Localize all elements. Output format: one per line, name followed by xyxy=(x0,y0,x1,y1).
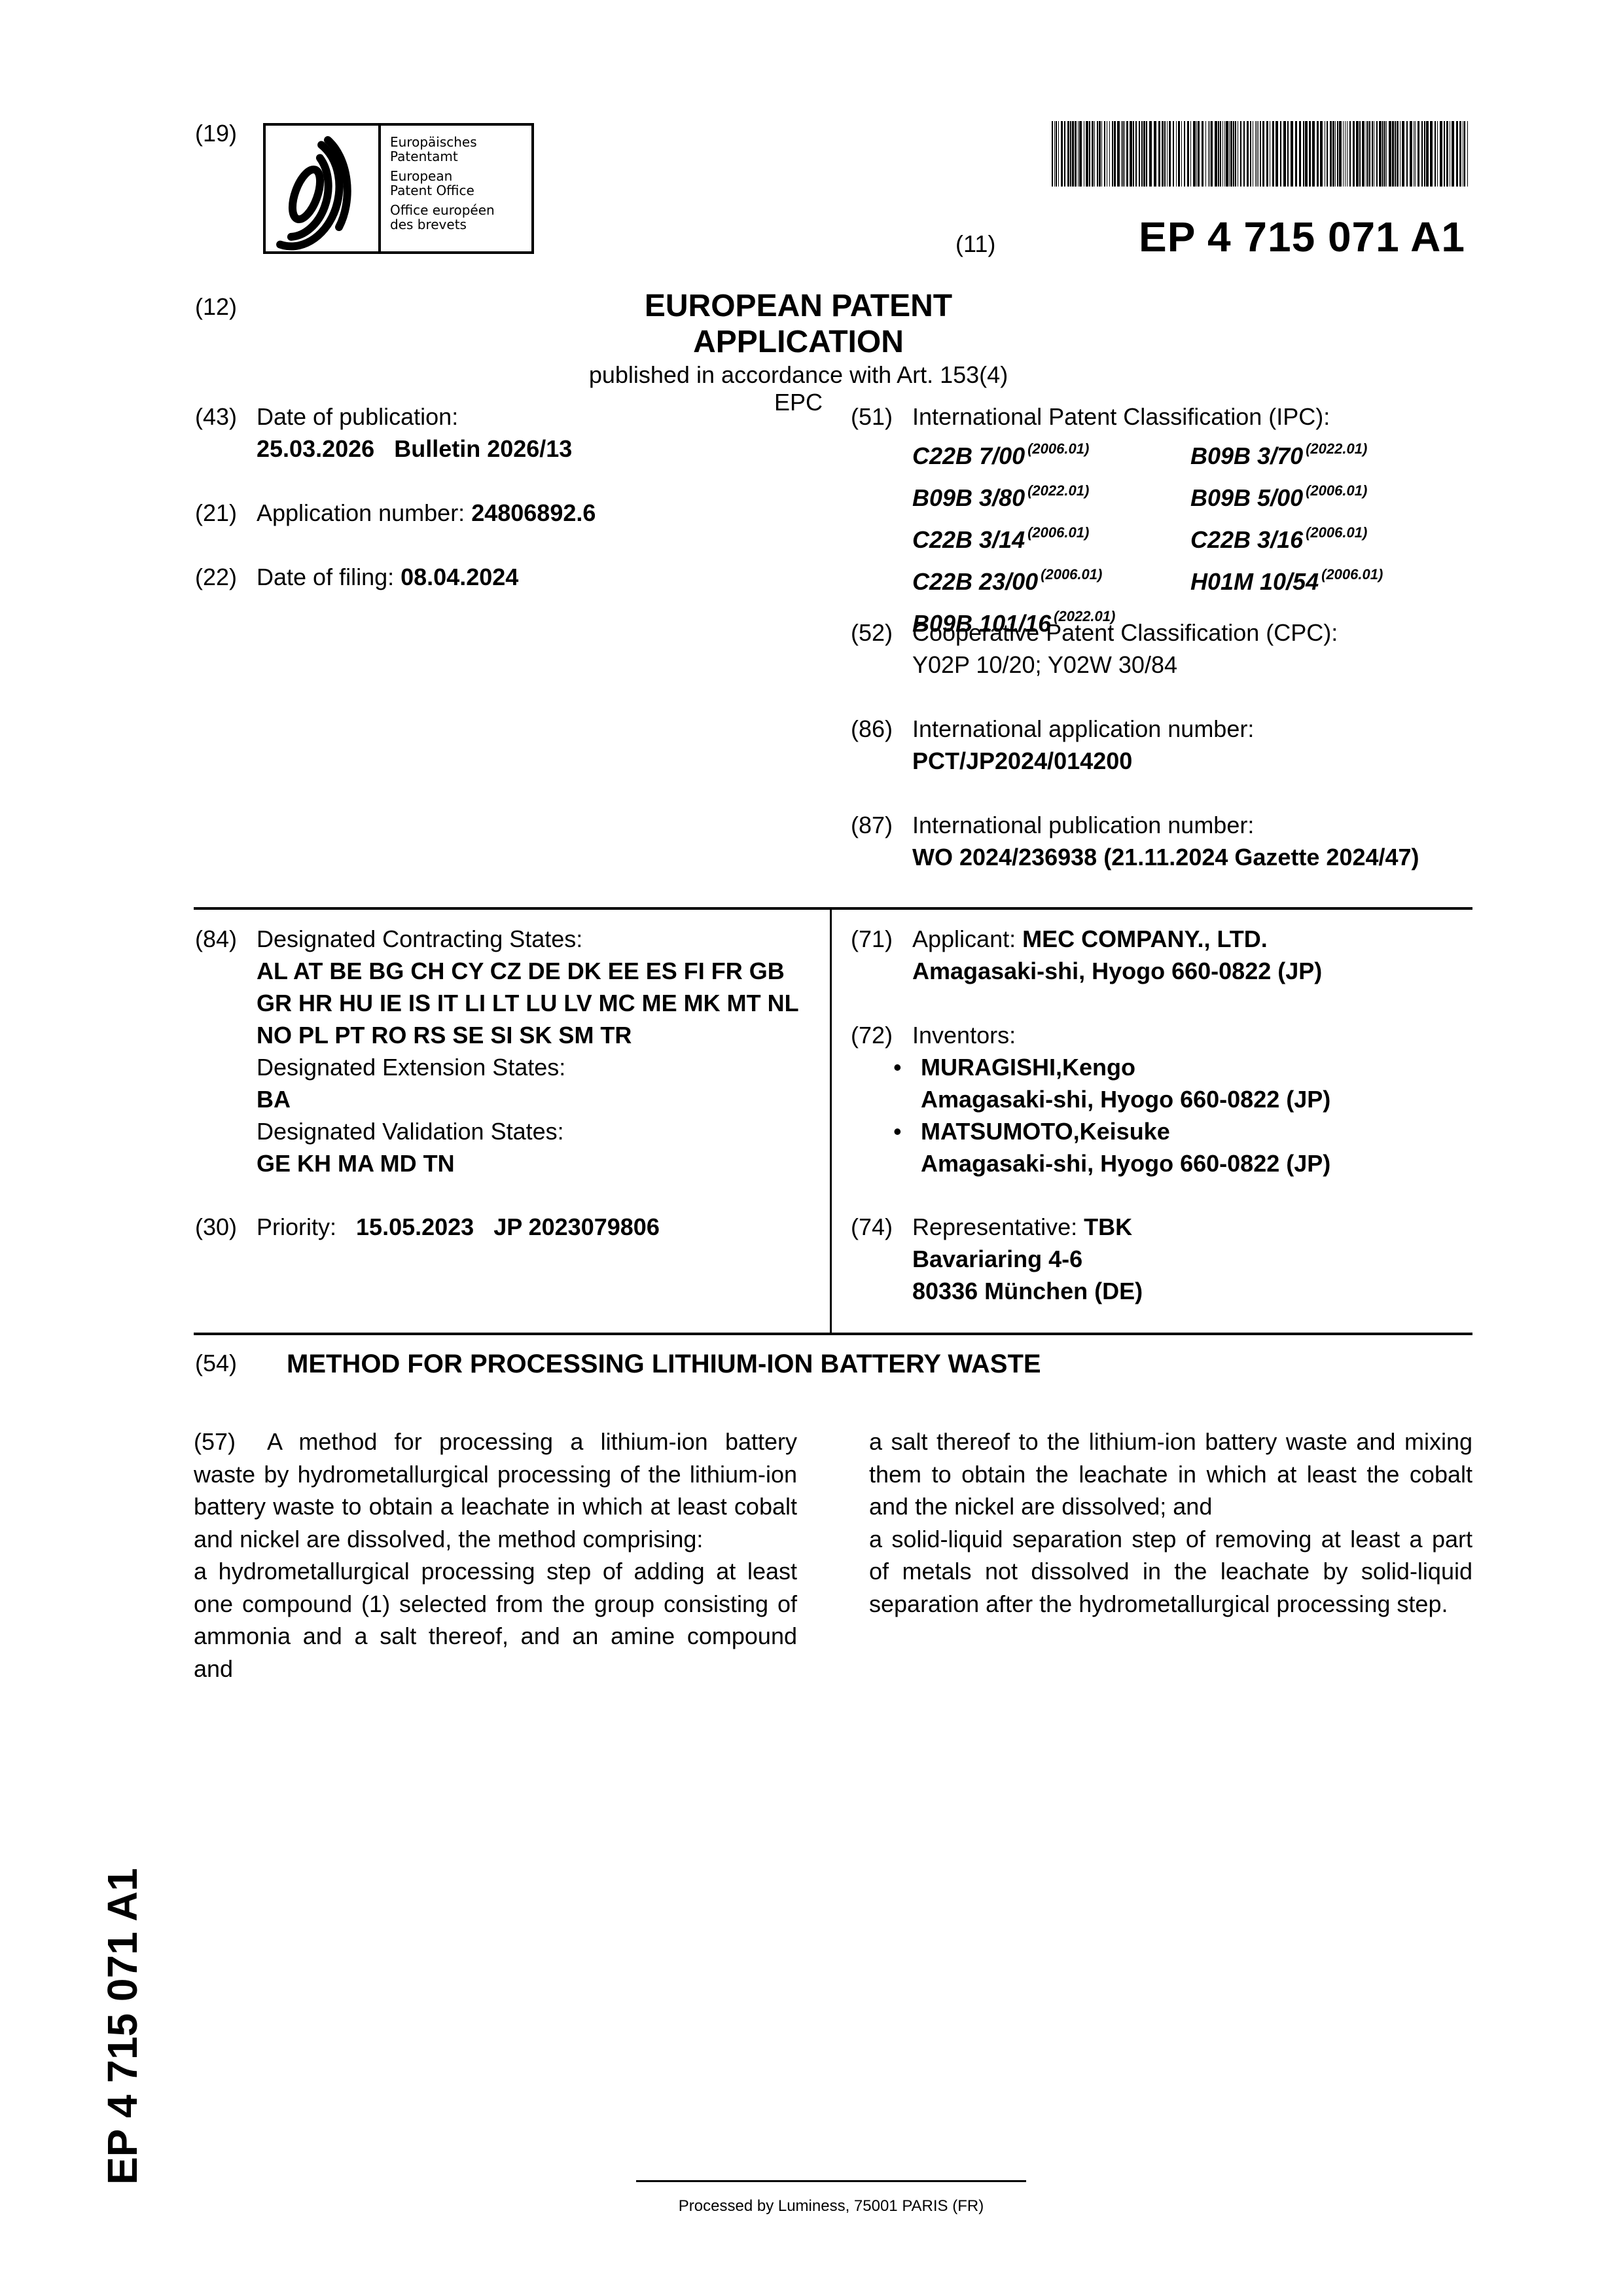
priority-field: (30) Priority: 15.05.2023 JP 2023079806 xyxy=(195,1211,660,1243)
ipc-item: B09B 3/80(2022.01) xyxy=(912,475,1190,514)
inid-code-11: (11) xyxy=(955,230,995,258)
column-divider xyxy=(830,907,832,1335)
barcode-icon xyxy=(1052,121,1471,187)
ipc-item: B09B 3/70(2022.01) xyxy=(1190,433,1469,472)
abstract-left-column: (57)A method for processing a lithium-io… xyxy=(194,1426,797,1685)
bulletin: Bulletin 2026/13 xyxy=(394,435,572,462)
epo-logo-mark-icon xyxy=(266,126,381,251)
ipc-item: C22B 23/00(2006.01) xyxy=(912,558,1190,598)
ipc-field: (51) International Patent Classification… xyxy=(851,401,1469,639)
intl-application-field: (86) International application number: P… xyxy=(851,713,1254,777)
intl-publication-number: WO 2024/236938 (21.11.2024 Gazette 2024/… xyxy=(912,841,1419,873)
document-type: EUROPEAN PATENT APPLICATION xyxy=(563,288,1034,360)
priority-number: JP 2023079806 xyxy=(493,1211,660,1243)
epo-office-names: EuropäischesPatentamt EuropeanPatent Off… xyxy=(381,126,495,251)
intl-publication-field: (87) International publication number: W… xyxy=(851,809,1419,873)
ipc-item: C22B 3/16(2006.01) xyxy=(1190,516,1469,556)
inventor-item: • MURAGISHI,Kengo Amagasaki-shi, Hyogo 6… xyxy=(885,1051,1330,1115)
applicant-field: (71) Applicant: MEC COMPANY., LTD. Amaga… xyxy=(851,923,1322,987)
inid-code-19: (19) xyxy=(195,120,237,147)
inventor-item: • MATSUMOTO,Keisuke Amagasaki-shi, Hyogo… xyxy=(885,1115,1330,1179)
publication-number: EP 4 715 071 A1 xyxy=(1139,213,1465,261)
applicant-name: MEC COMPANY., LTD. xyxy=(1022,925,1268,952)
divider xyxy=(194,1333,1472,1335)
ipc-list: C22B 7/00(2006.01)B09B 3/70(2022.01)B09B… xyxy=(912,433,1469,639)
ipc-item: H01M 10/54(2006.01) xyxy=(1190,558,1469,598)
footer-divider xyxy=(636,2180,1026,2182)
divider xyxy=(194,907,1472,910)
invention-title-field: (54) METHOD FOR PROCESSING LITHIUM-ION B… xyxy=(195,1350,1041,1379)
filing-date: 08.04.2024 xyxy=(401,561,518,593)
priority-date: 15.05.2023 xyxy=(356,1211,474,1243)
abstract-right-column: a salt thereof to the lithium-ion batter… xyxy=(869,1426,1472,1620)
filing-date-field: (22) Date of filing: 08.04.2024 xyxy=(195,561,518,593)
publication-date-field: (43) Date of publication: 25.03.2026 Bul… xyxy=(195,401,572,465)
applicant-address: Amagasaki-shi, Hyogo 660-0822 (JP) xyxy=(912,955,1322,987)
intl-application-number: PCT/JP2024/014200 xyxy=(912,745,1254,777)
representative-field: (74) Representative: TBK Bavariaring 4-6… xyxy=(851,1211,1143,1307)
application-number-field: (21) Application number: 24806892.6 xyxy=(195,497,596,529)
side-publication-number: EP 4 715 071 A1 xyxy=(98,1868,147,2185)
representative-name: TBK xyxy=(1084,1213,1132,1240)
footer-processed-by: Processed by Luminess, 75001 PARIS (FR) xyxy=(636,2197,1026,2215)
application-number: 24806892.6 xyxy=(471,497,596,529)
designated-states-field: (84) Designated Contracting States: AL A… xyxy=(195,923,799,1179)
publication-date: 25.03.2026 xyxy=(257,435,374,462)
inid-code-12: (12) xyxy=(195,293,237,321)
epo-logo: EuropäischesPatentamt EuropeanPatent Off… xyxy=(263,123,534,254)
inventors-field: (72) Inventors: • MURAGISHI,Kengo Amagas… xyxy=(851,1019,1330,1179)
invention-title: METHOD FOR PROCESSING LITHIUM-ION BATTER… xyxy=(287,1350,1041,1379)
ipc-item: C22B 3/14(2006.01) xyxy=(912,516,1190,556)
document-type-heading: EUROPEAN PATENT APPLICATION published in… xyxy=(563,288,1034,416)
ipc-item: B09B 5/00(2006.01) xyxy=(1190,475,1469,514)
cpc-value: Y02P 10/20; Y02W 30/84 xyxy=(912,649,1338,681)
cpc-field: (52) Cooperative Patent Classification (… xyxy=(851,617,1338,681)
ipc-item: C22B 7/00(2006.01) xyxy=(912,433,1190,472)
